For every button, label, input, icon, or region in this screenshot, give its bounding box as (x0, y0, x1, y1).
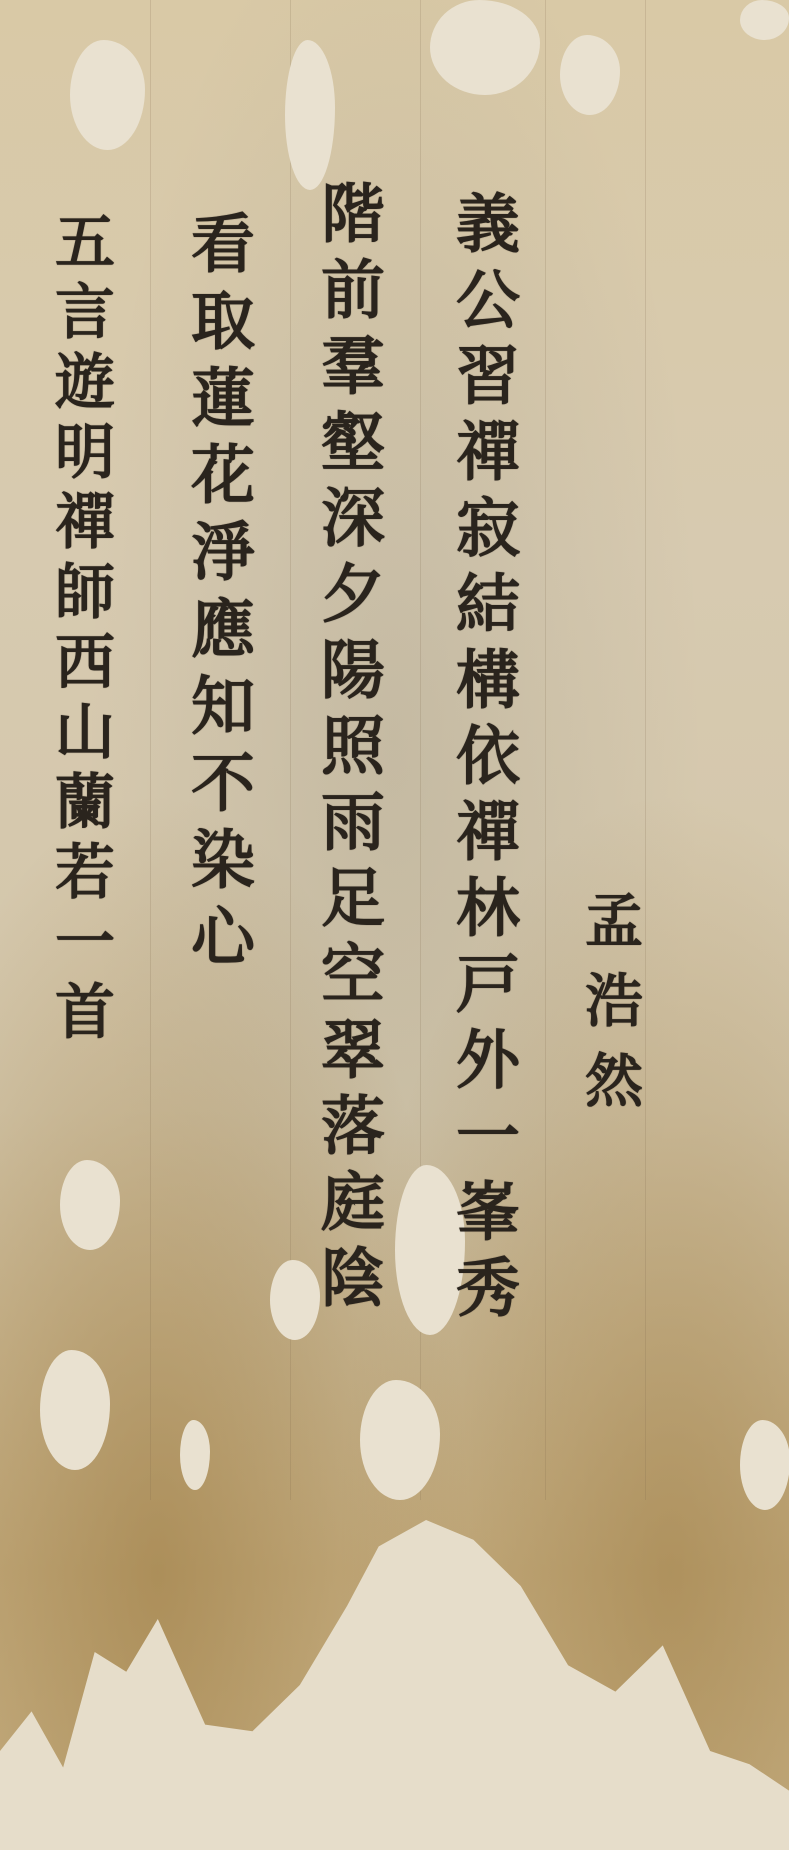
paper-loss (70, 40, 145, 150)
column-rule (545, 0, 546, 1500)
paper-loss (740, 0, 789, 40)
paper-loss (180, 1420, 210, 1490)
poem-column-1: 義公習禪寂結構依禪林戸外一峯秀 (450, 190, 514, 1330)
paper-loss (285, 40, 335, 190)
poem-title-column: 五言遊明禪師西山蘭若一首 (50, 210, 110, 1050)
paper-loss (60, 1160, 120, 1250)
author-name: 孟浩然 (580, 890, 638, 1130)
paper-loss (360, 1380, 440, 1500)
paper-loss (40, 1350, 110, 1470)
manuscript-sheet: 孟浩然 義公習禪寂結構依禪林戸外一峯秀 階前羣壑深夕陽照雨足空翠落庭陰 看取蓮花… (0, 0, 789, 1850)
paper-loss (430, 0, 540, 95)
poem-column-2: 階前羣壑深夕陽照雨足空翠落庭陰 (315, 180, 379, 1320)
paper-loss (740, 1420, 789, 1510)
poem-column-3: 看取蓮花淨應知不染心 (185, 210, 249, 980)
paper-loss (560, 35, 620, 115)
column-rule (150, 0, 151, 1500)
column-rule (645, 0, 646, 1500)
bottom-paper-loss (0, 1520, 789, 1850)
